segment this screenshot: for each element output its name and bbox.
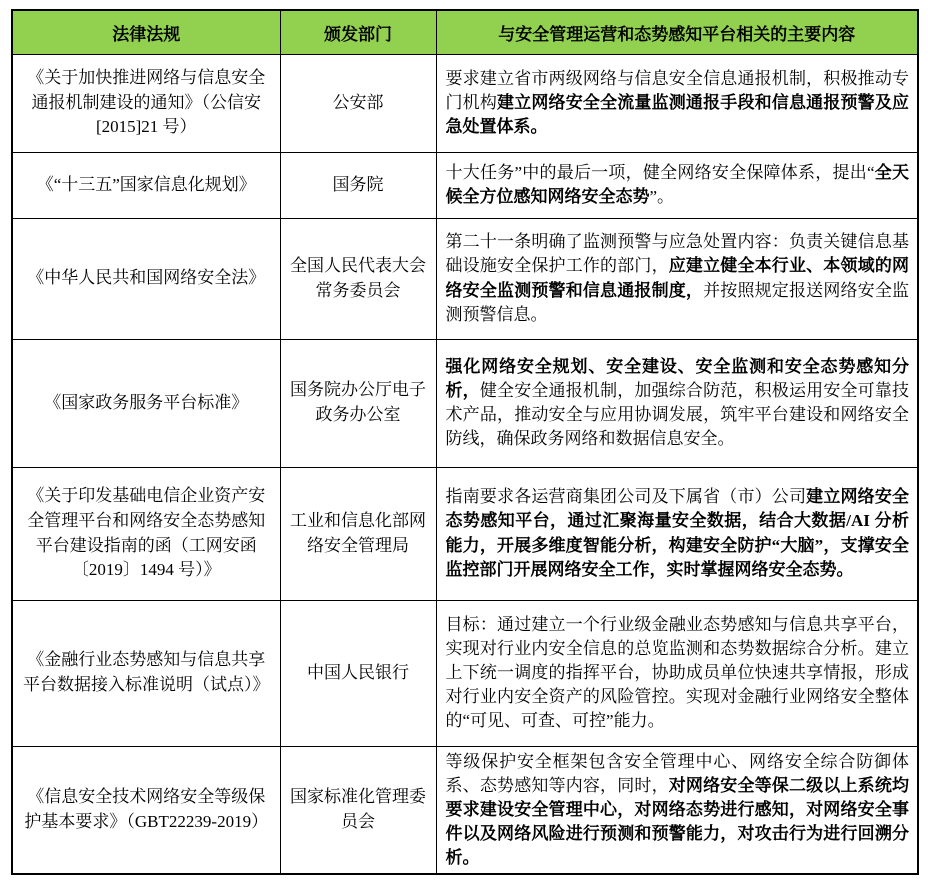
table-row: 《“十三五”国家信息化规划》国务院十大任务”中的最后一项，健全网络安全保障体系，… [12, 152, 918, 218]
content-cell: 目标：通过建立一个行业级金融业态势感知与信息共享平台，实现对行业内安全信息的总览… [436, 600, 918, 746]
content-cell: 十大任务”中的最后一项，健全网络安全保障体系，提出“全天候全方位感知网络安全态势… [436, 152, 918, 218]
department-cell: 国务院 [280, 152, 436, 218]
table-row: 《中华人民共和国网络安全法》全国人民代表大会常务委员会第二十一条明确了监测预警与… [12, 218, 918, 339]
content-cell: 等级保护安全框架包含安全管理中心、网络安全综合防御体系、态势感知等内容，同时，对… [436, 746, 918, 874]
table-body: 《关于加快推进网络与信息安全通报机制建设的通知》（公信安[2015]21 号）公… [12, 54, 918, 874]
law-cell: 《金融行业态势感知与信息共享平台数据接入标准说明（试点）》 [12, 600, 280, 746]
content-cell: 指南要求各运营商集团公司及下属省（市）公司建立网络安全态势感知平台，通过汇聚海量… [436, 467, 918, 600]
content-segment: 目标：通过建立一个行业级金融业态势感知与信息共享平台，实现对行业内安全信息的总览… [446, 615, 910, 731]
content-segment: 指南要求各运营商集团公司及下属省（市）公司 [446, 487, 807, 506]
header-row: 法律法规 颁发部门 与安全管理运营和态势感知平台相关的主要内容 [12, 10, 918, 54]
law-cell: 《信息安全技术网络安全等级保护基本要求》（GBT22239-2019） [12, 746, 280, 874]
content-cell: 要求建立省市两级网络与信息安全信息通报机制，积极推动专门机构建立网络安全全流量监… [436, 54, 918, 152]
table-row: 《关于加快推进网络与信息安全通报机制建设的通知》（公信安[2015]21 号）公… [12, 54, 918, 152]
content-segment: 十大任务”中的最后一项，健全网络安全保障体系，提出“ [446, 163, 875, 182]
department-cell: 国务院办公厅电子政务办公室 [280, 339, 436, 467]
table-row: 《关于印发基础电信企业资产安全管理平台和网络安全态势感知平台建设指南的函（工网安… [12, 467, 918, 600]
column-header-law: 法律法规 [12, 10, 280, 54]
table-header: 法律法规 颁发部门 与安全管理运营和态势感知平台相关的主要内容 [12, 10, 918, 54]
content-segment: 健全安全通报机制，加强综合防范，积极运用安全可靠技术产品，推动安全与应用协调发展… [446, 381, 910, 448]
column-header-content: 与安全管理运营和态势感知平台相关的主要内容 [436, 10, 918, 54]
department-cell: 中国人民银行 [280, 600, 436, 746]
column-header-department: 颁发部门 [280, 10, 436, 54]
content-segment: 建立网络安全全流量监测通报手段和信息通报预警及应急处置体系。 [446, 93, 910, 136]
document-page: 法律法规 颁发部门 与安全管理运营和态势感知平台相关的主要内容 《关于加快推进网… [0, 0, 928, 894]
law-cell: 《“十三五”国家信息化规划》 [12, 152, 280, 218]
content-segment: ”。 [650, 187, 675, 206]
table-row: 《信息安全技术网络安全等级保护基本要求》（GBT22239-2019）国家标准化… [12, 746, 918, 874]
law-cell: 《关于印发基础电信企业资产安全管理平台和网络安全态势感知平台建设指南的函（工网安… [12, 467, 280, 600]
content-cell: 第二十一条明确了监测预警与应急处置内容：负责关键信息基础设施安全保护工作的部门，… [436, 218, 918, 339]
content-cell: 强化网络安全规划、安全建设、安全监测和安全态势感知分析，健全安全通报机制，加强综… [436, 339, 918, 467]
table-row: 《国家政务服务平台标准》国务院办公厅电子政务办公室强化网络安全规划、安全建设、安… [12, 339, 918, 467]
department-cell: 国家标准化管理委员会 [280, 746, 436, 874]
department-cell: 公安部 [280, 54, 436, 152]
regulations-table: 法律法规 颁发部门 与安全管理运营和态势感知平台相关的主要内容 《关于加快推进网… [11, 9, 919, 875]
law-cell: 《国家政务服务平台标准》 [12, 339, 280, 467]
department-cell: 全国人民代表大会常务委员会 [280, 218, 436, 339]
law-cell: 《关于加快推进网络与信息安全通报机制建设的通知》（公信安[2015]21 号） [12, 54, 280, 152]
law-cell: 《中华人民共和国网络安全法》 [12, 218, 280, 339]
department-cell: 工业和信息化部网络安全管理局 [280, 467, 436, 600]
table-row: 《金融行业态势感知与信息共享平台数据接入标准说明（试点）》中国人民银行目标：通过… [12, 600, 918, 746]
